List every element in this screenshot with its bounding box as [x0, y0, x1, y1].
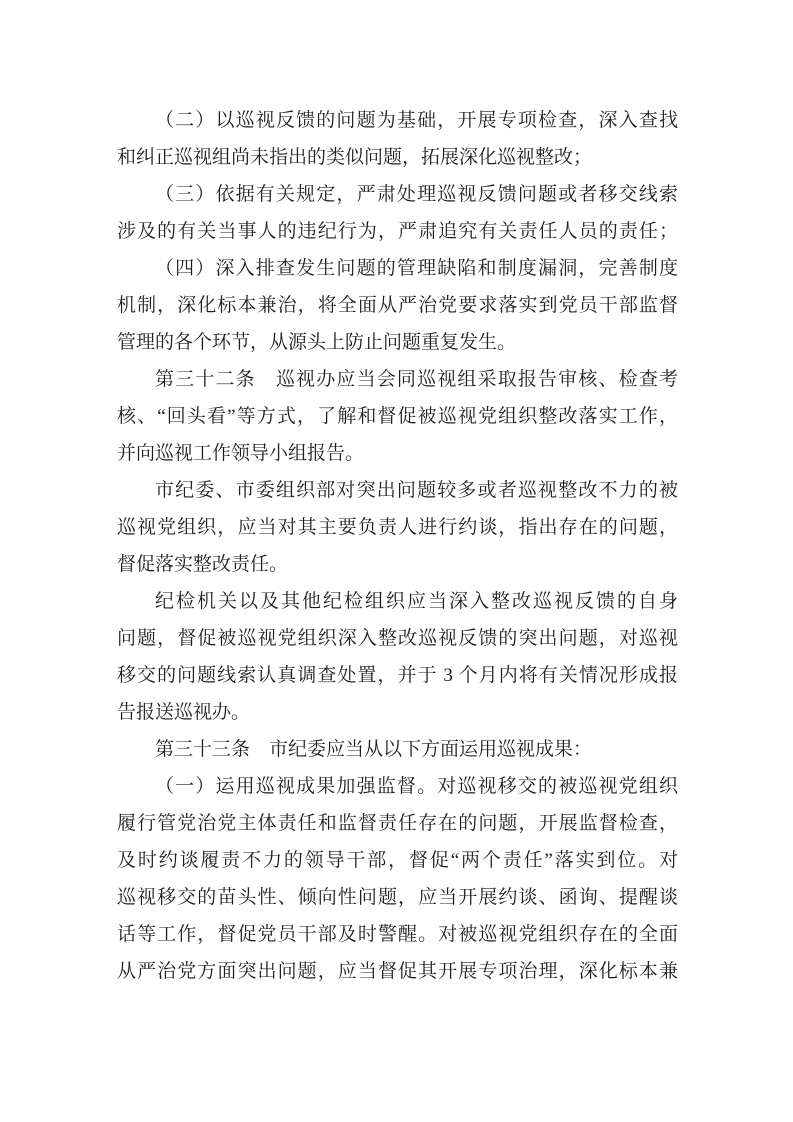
text-line: 督促落实整改责任。	[117, 546, 678, 583]
text-line: 第三十三条 市纪委应当从以下方面运用巡视成果：	[117, 731, 678, 768]
text-line: 和纠正巡视组尚未指出的类似问题，拓展深化巡视整改；	[117, 139, 678, 176]
text-block: （二）以巡视反馈的问题为基础，开展专项检查，深入查找 和纠正巡视组尚未指出的类似…	[117, 102, 678, 990]
text-line: （四）深入排查发生问题的管理缺陷和制度漏洞，完善制度	[117, 250, 678, 287]
document-page: （二）以巡视反馈的问题为基础，开展专项检查，深入查找 和纠正巡视组尚未指出的类似…	[0, 0, 793, 1122]
text-line: 巡视移交的苗头性、倾向性问题，应当开展约谈、函询、提醒谈	[117, 879, 678, 916]
text-line: （一）运用巡视成果加强监督。对巡视移交的被巡视党组织	[117, 768, 678, 805]
text-line: 及时约谈履责不力的领导干部，督促“两个责任”落实到位。对	[117, 842, 678, 879]
text-line: 从严治党方面突出问题，应当督促其开展专项治理，深化标本兼	[117, 953, 678, 990]
text-line: （二）以巡视反馈的问题为基础，开展专项检查，深入查找	[117, 102, 678, 139]
text-line: 机制，深化标本兼治，将全面从严治党要求落实到党员干部监督	[117, 287, 678, 324]
text-line: 告报送巡视办。	[117, 694, 678, 731]
text-line: 核、“回头看”等方式，了解和督促被巡视党组织整改落实工作，	[117, 398, 678, 435]
text-line: 涉及的有关当事人的违纪行为，严肃追究有关责任人员的责任；	[117, 213, 678, 250]
text-line: （三）依据有关规定，严肃处理巡视反馈问题或者移交线索	[117, 176, 678, 213]
text-line: 第三十二条 巡视办应当会同巡视组采取报告审核、检查考	[117, 361, 678, 398]
text-line: 并向巡视工作领导小组报告。	[117, 435, 678, 472]
text-line: 问题，督促被巡视党组织深入整改巡视反馈的突出问题，对巡视	[117, 620, 678, 657]
text-line: 市纪委、市委组织部对突出问题较多或者巡视整改不力的被	[117, 472, 678, 509]
text-line: 巡视党组织，应当对其主要负责人进行约谈，指出存在的问题，	[117, 509, 678, 546]
text-line: 履行管党治党主体责任和监督责任存在的问题，开展监督检查，	[117, 805, 678, 842]
text-line: 纪检机关以及其他纪检组织应当深入整改巡视反馈的自身	[117, 583, 678, 620]
text-line: 话等工作，督促党员干部及时警醒。对被巡视党组织存在的全面	[117, 916, 678, 953]
text-line: 管理的各个环节，从源头上防止问题重复发生。	[117, 324, 678, 361]
text-line: 移交的问题线索认真调查处置，并于 3 个月内将有关情况形成报	[117, 657, 678, 694]
